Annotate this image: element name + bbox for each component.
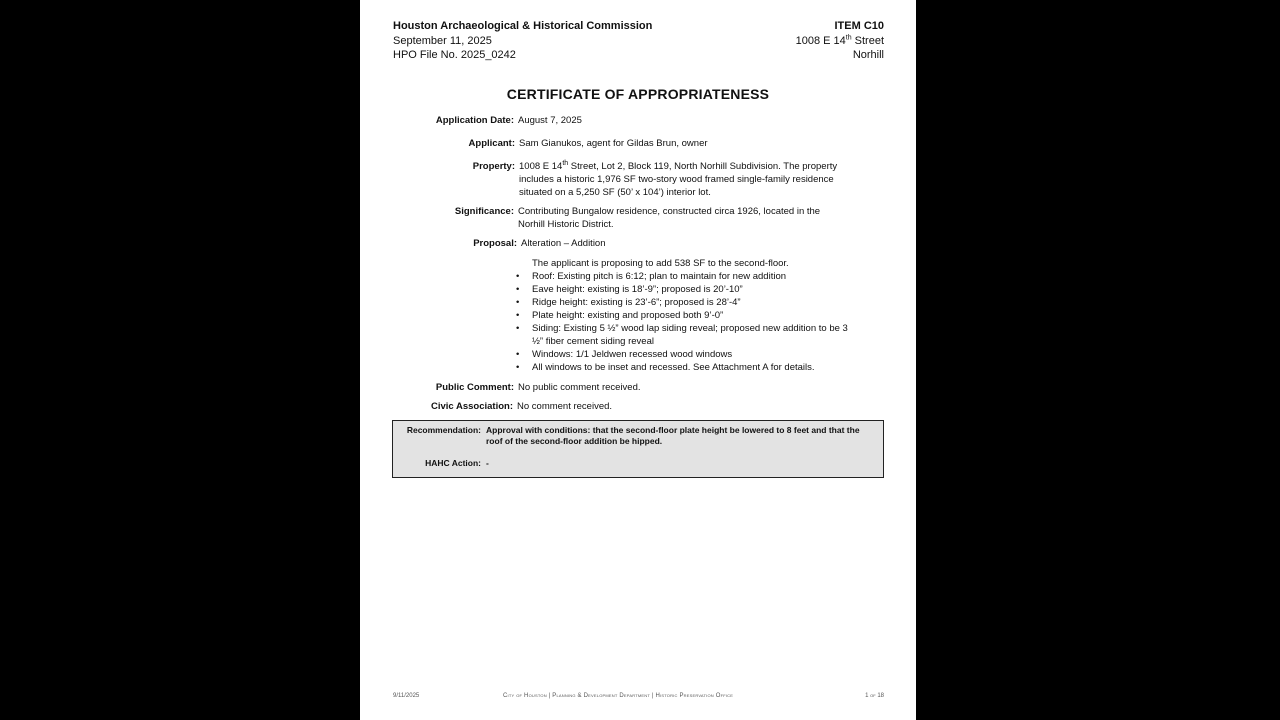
list-item: Ridge height: existing is 23’-6”; propos… bbox=[520, 296, 850, 309]
neighborhood: Norhill bbox=[796, 48, 884, 63]
list-item: Siding: Existing 5 ½” wood lap siding re… bbox=[520, 322, 850, 348]
proposal-bullet-list: Roof: Existing pitch is 6:12; plan to ma… bbox=[520, 270, 850, 374]
applicant-field: Applicant: Sam Gianukos, agent for Gilda… bbox=[519, 137, 708, 150]
header-address: 1008 E 14th Street bbox=[796, 34, 884, 49]
civic-association-field: Civic Association: No comment received. bbox=[517, 400, 612, 413]
proposal-intro: The applicant is proposing to add 538 SF… bbox=[520, 257, 850, 270]
list-item: Windows: 1/1 Jeldwen recessed wood windo… bbox=[520, 348, 850, 361]
meeting-date: September 11, 2025 bbox=[393, 34, 652, 49]
recommendation-box: Recommendation: Approval with conditions… bbox=[392, 420, 884, 478]
proposal-field: Proposal: Alteration – Addition bbox=[521, 237, 606, 250]
page-number: 1 of 18 bbox=[865, 693, 884, 699]
footer-department: City of Houston | Planning & Development… bbox=[503, 693, 733, 699]
list-item: All windows to be inset and recessed. Se… bbox=[520, 361, 850, 374]
footer-date: 9/11/2025 bbox=[393, 693, 419, 699]
public-comment-field: Public Comment: No public comment receiv… bbox=[518, 381, 641, 394]
list-item: Plate height: existing and proposed both… bbox=[520, 309, 850, 322]
list-item: Eave height: existing is 18’-9”; propose… bbox=[520, 283, 850, 296]
list-item: Roof: Existing pitch is 6:12; plan to ma… bbox=[520, 270, 850, 283]
proposal-details: The applicant is proposing to add 538 SF… bbox=[520, 257, 850, 374]
item-number: ITEM C10 bbox=[796, 19, 884, 34]
document-page: Houston Archaeological & Historical Comm… bbox=[360, 0, 916, 720]
org-name: Houston Archaeological & Historical Comm… bbox=[393, 19, 652, 34]
property-field: Property: 1008 E 14th Street, Lot 2, Blo… bbox=[519, 160, 849, 199]
file-number: HPO File No. 2025_0242 bbox=[393, 48, 652, 63]
page-title: CERTIFICATE OF APPROPRIATENESS bbox=[360, 86, 916, 102]
significance-field: Significance: Contributing Bungalow resi… bbox=[518, 205, 848, 231]
application-date-field: Application Date: August 7, 2025 bbox=[518, 114, 582, 127]
